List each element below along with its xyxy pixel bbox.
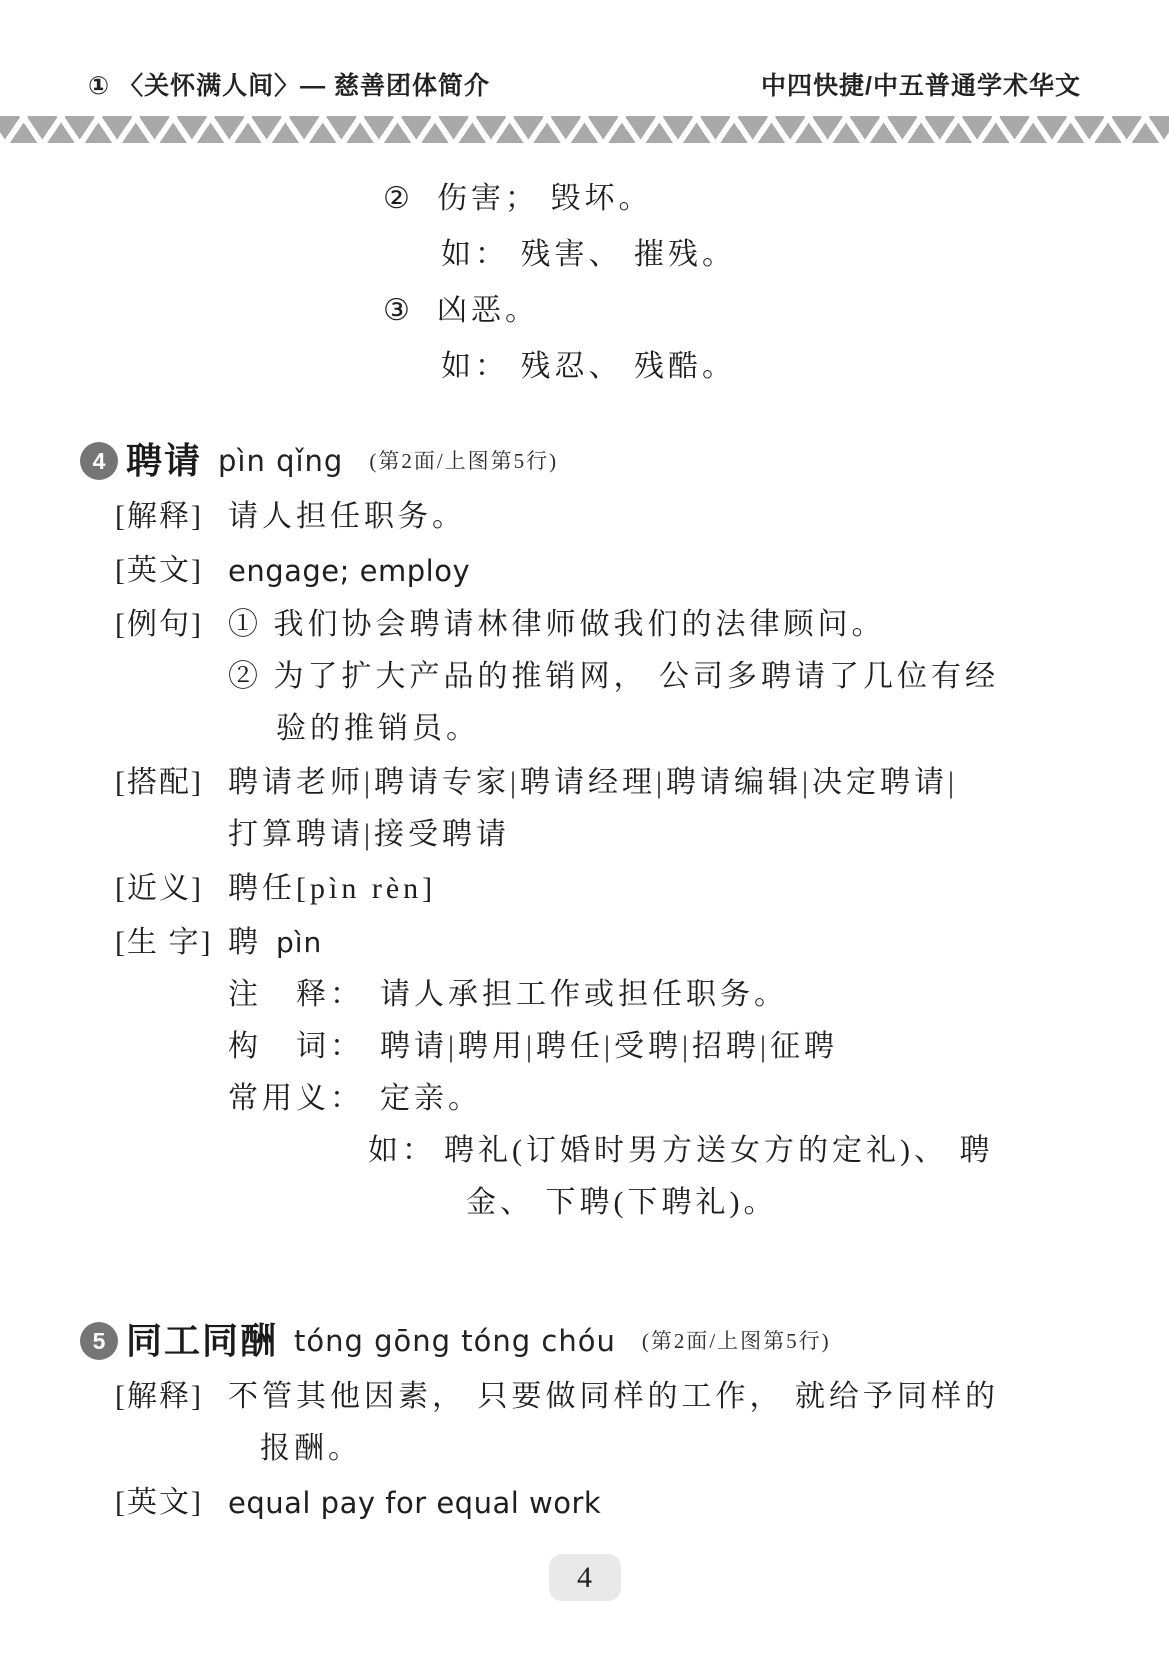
- collocations-row: [搭配] 聘请老师|聘请专家|聘请经理|聘请编辑|决定聘请| 打算聘请|接受聘请: [115, 757, 1074, 861]
- collocations-line-2: 打算聘请|接受聘请: [228, 809, 1074, 861]
- english-row: [英文] equal pay for equal work: [115, 1477, 1074, 1529]
- collocations: 聘请老师|聘请专家|聘请经理|聘请编辑|决定聘请| 打算聘请|接受聘请: [228, 757, 1074, 861]
- row-label: [生 字]: [115, 917, 228, 1229]
- sense-number: ②: [383, 171, 437, 227]
- page-content: ② 伤害； 毁坏。 如： 残害、 摧残。 ③ 凶恶。 如： 残忍、 残酷。 4 …: [0, 171, 1169, 1529]
- example-label: 如：: [368, 1125, 444, 1177]
- new-character-block: 聘pìn 注 释：请人承担工作或担任职务。 构 词：聘请|聘用|聘任|受聘|招聘…: [228, 917, 1074, 1229]
- example-sentences: ① 我们协会聘请林律师做我们的法律顾问。 ② 为了扩大产品的推销网， 公司多聘请…: [228, 599, 1074, 755]
- entry-source-location: (第2面/上图第5行): [642, 1315, 831, 1367]
- new-character-pinyin: pìn: [276, 926, 322, 959]
- new-character-row: [生 字] 聘pìn 注 释：请人承担工作或担任职务。 构 词：聘请|聘用|聘任…: [115, 917, 1074, 1229]
- row-label: [近义]: [115, 863, 228, 915]
- row-label: [解释]: [115, 491, 228, 543]
- header-chapter-title: ① 〈关怀满人间〉— 慈善团体简介: [88, 66, 490, 102]
- entry-number-badge: 4: [80, 442, 118, 480]
- definition-line-1: 不管其他因素， 只要做同样的工作， 就给予同样的: [228, 1371, 1074, 1423]
- entry-source-location: (第2面/上图第5行): [369, 435, 558, 487]
- sense-number: ③: [383, 283, 437, 339]
- page-number: 4: [577, 1561, 592, 1595]
- row-label: [解释]: [115, 1371, 228, 1475]
- row-label: [搭配]: [115, 757, 228, 861]
- common-meaning-label: 常用义：: [228, 1073, 380, 1125]
- synonym-row: [近义] 聘任[pìn rèn]: [115, 863, 1074, 915]
- entry-5-header: 5 同工同酬 tóng gōng tóng chóu (第2面/上图第5行): [80, 1313, 1074, 1369]
- annotation-line: 注 释：请人承担工作或担任职务。: [228, 969, 1074, 1021]
- sense-example: 如： 残害、 摧残。: [383, 227, 1074, 283]
- sense-example: 如： 残忍、 残酷。: [383, 339, 1074, 395]
- example-sentence-2: ② 为了扩大产品的推销网， 公司多聘请了几位有经: [228, 651, 1074, 703]
- entry-5: 5 同工同酬 tóng gōng tóng chóu (第2面/上图第5行) […: [115, 1313, 1074, 1529]
- common-meaning-example-continued: 金、 下聘(下聘礼)。: [228, 1177, 1074, 1229]
- sense-definition: 伤害； 毁坏。: [437, 171, 653, 227]
- row-label: [英文]: [115, 545, 228, 597]
- entry-pinyin: tóng gōng tóng chóu: [294, 1315, 616, 1367]
- example-sentence-2-continued: 验的推销员。: [228, 703, 1074, 755]
- definition-row: [解释] 请人担任职务。: [115, 491, 1074, 543]
- english-text: engage; employ: [228, 545, 1074, 597]
- definition-text: 请人担任职务。: [228, 491, 1074, 543]
- annotation-text: 请人承担工作或担任职务。: [380, 978, 788, 1011]
- english-row: [英文] engage; employ: [115, 545, 1074, 597]
- decorative-band: [0, 116, 1169, 143]
- row-label: [例句]: [115, 599, 228, 755]
- common-meaning-line: 常用义：定亲。: [228, 1073, 1074, 1125]
- common-meaning-example: 聘礼(订婚时男方送女方的定礼)、 聘: [444, 1125, 993, 1177]
- entry-headword: 聘请: [126, 435, 202, 487]
- textbook-page: ① 〈关怀满人间〉— 慈善团体简介 中四快捷/中五普通学术华文 ② 伤害； 毁坏…: [0, 0, 1169, 1659]
- entry-4-header: 4 聘请 pìn qǐng (第2面/上图第5行): [80, 433, 1074, 489]
- new-character: 聘: [228, 926, 262, 959]
- entry-number-badge: 5: [80, 1322, 118, 1360]
- sense-definition: 凶恶。: [437, 283, 539, 339]
- header-course-title: 中四快捷/中五普通学术华文: [761, 66, 1081, 102]
- word-formation-line: 构 词：聘请|聘用|聘任|受聘|招聘|征聘: [228, 1021, 1074, 1073]
- definition-row: [解释] 不管其他因素， 只要做同样的工作， 就给予同样的 报酬。: [115, 1371, 1074, 1475]
- common-meaning-text: 定亲。: [380, 1082, 482, 1115]
- definition-text: 不管其他因素， 只要做同样的工作， 就给予同样的 报酬。: [228, 1371, 1074, 1475]
- example-sentences-row: [例句] ① 我们协会聘请林律师做我们的法律顾问。 ② 为了扩大产品的推销网， …: [115, 599, 1074, 755]
- collocations-line-1: 聘请老师|聘请专家|聘请经理|聘请编辑|决定聘请|: [228, 757, 1074, 809]
- page-number-badge: 4: [549, 1554, 621, 1601]
- entry-headword: 同工同酬: [126, 1315, 278, 1367]
- new-character-line: 聘pìn: [228, 917, 1074, 969]
- common-meaning-example-line: 如：聘礼(订婚时男方送女方的定礼)、 聘: [228, 1125, 1074, 1177]
- word-formation-label: 构 词：: [228, 1021, 380, 1073]
- sense-item-2: ② 伤害； 毁坏。: [383, 171, 1074, 227]
- synonym-text: 聘任[pìn rèn]: [228, 863, 1074, 915]
- definition-line-2: 报酬。: [228, 1423, 1074, 1475]
- example-sentence-1: ① 我们协会聘请林律师做我们的法律顾问。: [228, 599, 1074, 651]
- english-text: equal pay for equal work: [228, 1477, 1074, 1529]
- page-header: ① 〈关怀满人间〉— 慈善团体简介 中四快捷/中五普通学术华文: [0, 0, 1169, 102]
- entry-pinyin: pìn qǐng: [218, 435, 343, 487]
- entry-4: 4 聘请 pìn qǐng (第2面/上图第5行) [解释] 请人担任职务。 […: [115, 433, 1074, 1229]
- sense-item-3: ③ 凶恶。: [383, 283, 1074, 339]
- annotation-label: 注 释：: [228, 969, 380, 1021]
- row-label: [英文]: [115, 1477, 228, 1529]
- word-formation-text: 聘请|聘用|聘任|受聘|招聘|征聘: [380, 1030, 838, 1063]
- sense-list: ② 伤害； 毁坏。 如： 残害、 摧残。 ③ 凶恶。 如： 残忍、 残酷。: [383, 171, 1074, 395]
